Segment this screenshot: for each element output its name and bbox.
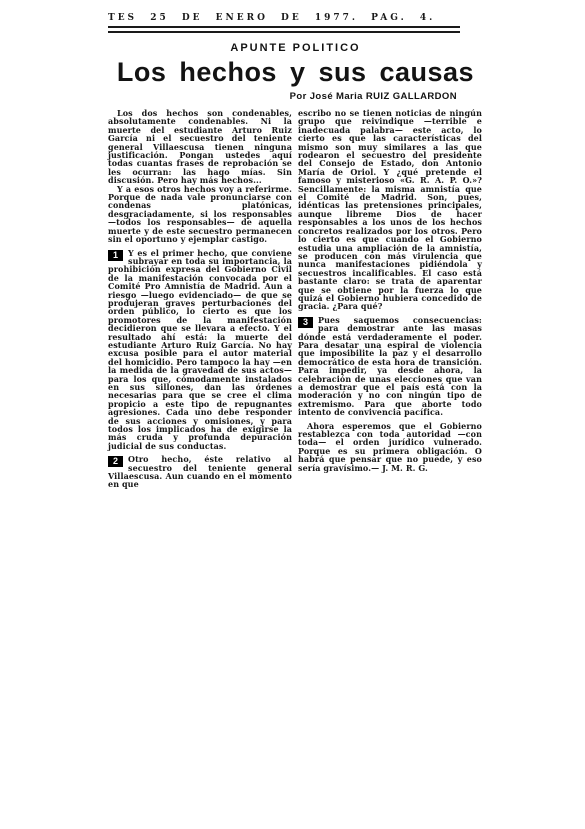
article-paragraph: 1 Y es el primer hecho, que conviene sub… — [108, 249, 292, 451]
article-paragraph: Los dos hechos son condenables, absoluta… — [108, 109, 292, 185]
article-clipping: TES 25 DE ENERO DE 1977. PAG. 4. APUNTE … — [108, 13, 483, 489]
article-column-left: Los dos hechos son condenables, absoluta… — [108, 109, 292, 489]
article-paragraph: escribo no se tienen noticias de ningún … — [298, 109, 482, 311]
newspaper-page: TES 25 DE ENERO DE 1977. PAG. 4. APUNTE … — [0, 0, 585, 829]
article-headline: Los hechos y sus causas — [108, 57, 483, 87]
article-byline: Por José Maria RUIZ GALLARDON — [108, 91, 483, 102]
article-paragraph: Y a esos otros hechos voy a referirme. P… — [108, 185, 292, 244]
article-paragraph: 2 Otro hecho, éste relativo al secuestro… — [108, 455, 292, 489]
dateline: TES 25 DE ENERO DE 1977. PAG. 4. — [108, 13, 483, 24]
paragraph-text: Y es el primer hecho, que conviene subra… — [108, 248, 292, 451]
article-column-right: escribo no se tienen noticias de ningún … — [298, 109, 482, 489]
paragraph-number-badge: 2 — [108, 456, 123, 467]
paragraph-text: Pues saquemos consecuencias: para demost… — [298, 315, 482, 417]
paragraph-number-badge: 3 — [298, 317, 313, 328]
section-kicker: APUNTE POLITICO — [108, 42, 483, 54]
article-paragraph: 3 Pues saquemos consecuencias: para demo… — [298, 316, 482, 417]
paragraph-number-badge: 1 — [108, 250, 123, 261]
paragraph-text: Otro hecho, éste relativo al secuestro d… — [108, 454, 292, 489]
masthead-rule — [108, 26, 460, 33]
article-body: Los dos hechos son condenables, absoluta… — [108, 109, 483, 489]
article-paragraph: Ahora esperemos que el Gobierno restable… — [298, 422, 482, 472]
